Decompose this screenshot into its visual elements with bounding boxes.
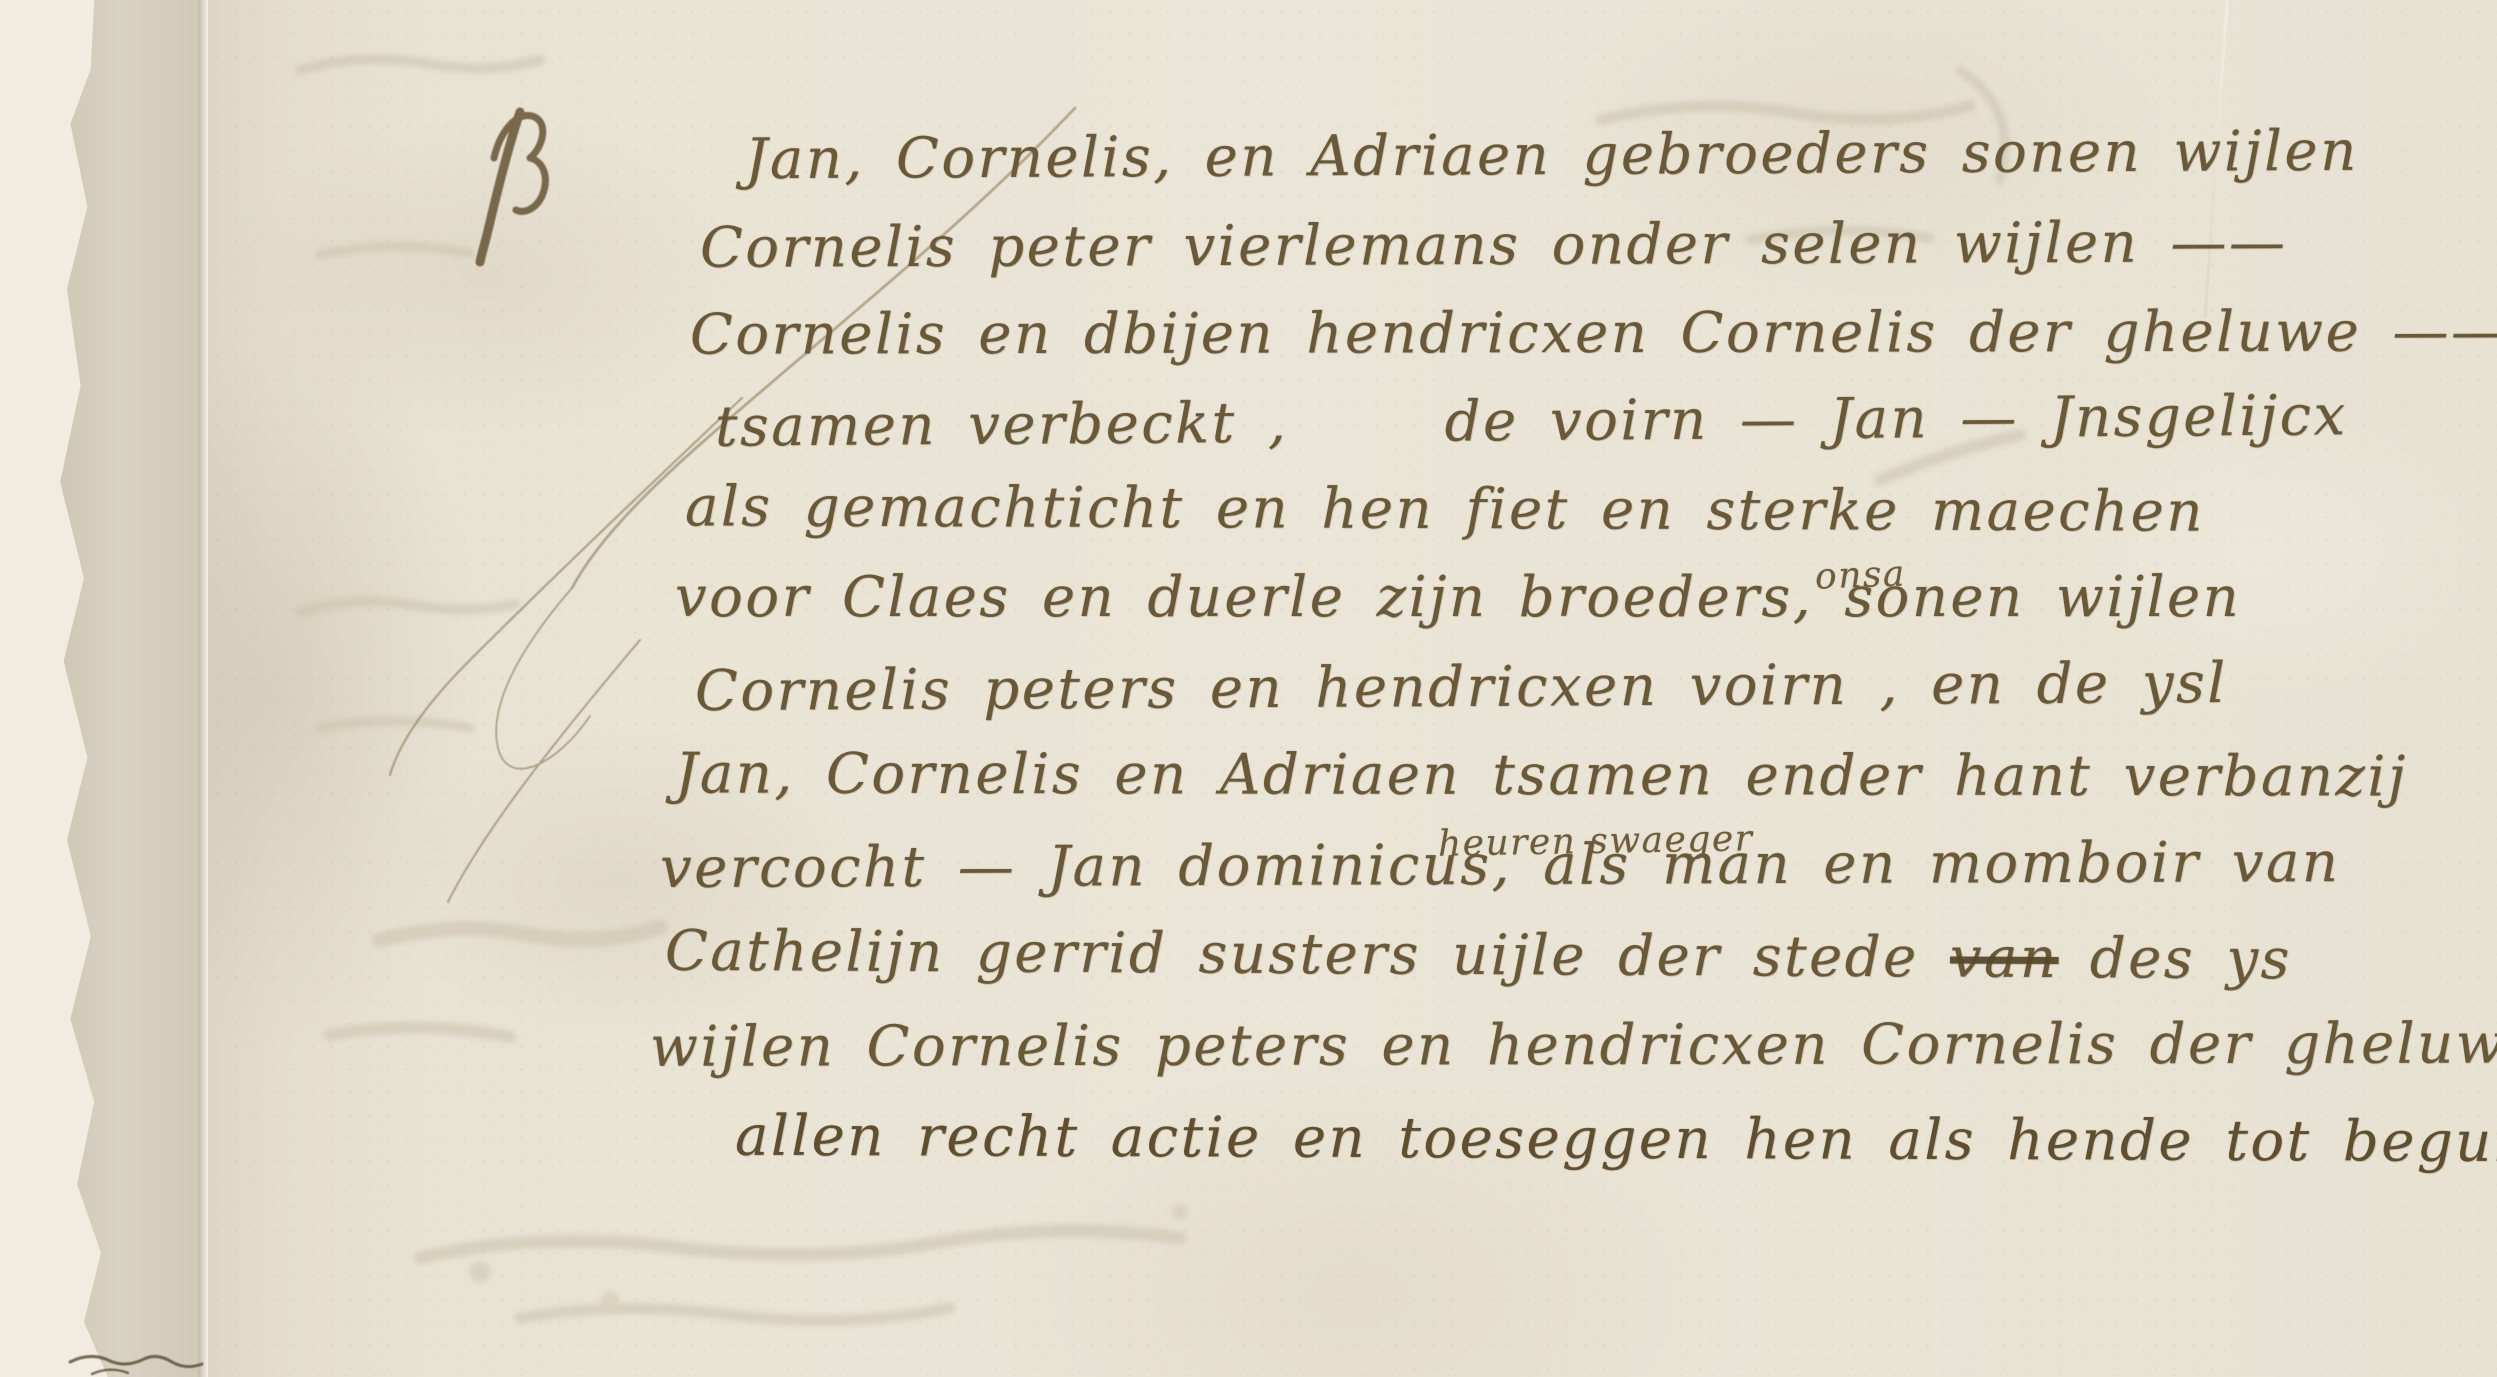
torn-page-edge	[50, 0, 220, 1377]
manuscript-line-5: als gemachticht en hen fiet en sterke ma…	[685, 479, 2205, 540]
manuscript-line-4: tsamen verbeckt , de voirn — Jan — Jnsge…	[715, 388, 2348, 455]
manuscript-line-8: Jan, Cornelis en Adriaen tsamen ender ha…	[675, 746, 2408, 805]
manuscript-line-12: allen recht actie en toeseggen hen als h…	[735, 1109, 2497, 1172]
manuscript-line-3: Cornelis en dbijen hendricxen Cornelis d…	[690, 304, 2497, 363]
interlinear-insertion-line-6: onsa	[1814, 556, 1906, 595]
manuscript-line-11: wijlen Cornelis peters en hendricxen Cor…	[650, 1016, 2497, 1075]
line-10-text-before: Cathelijn gerrid susters uijle der stede	[665, 919, 1950, 991]
manuscript-line-6: voor Claes en duerle zijn broeders, sone…	[675, 570, 2241, 626]
line-10-text-after: des ys	[2058, 926, 2292, 992]
manuscript-scan: Jan, Cornelis, en Adriaen gebroeders son…	[0, 0, 2497, 1377]
manuscript-line-7: Cornelis peters en hendricxen voirn , en…	[695, 656, 2228, 720]
manuscript-line-10: Cathelijn gerrid susters uijle der stede…	[665, 924, 2292, 989]
manuscript-line-2: Cornelis peter vierlemans onder selen wi…	[700, 215, 2288, 277]
struck-word: van	[1950, 925, 2059, 991]
interlinear-insertion-line-9: heuren swaeger	[1438, 821, 1754, 862]
manuscript-line-1: Jan, Cornelis, en Adriaen gebroeders son…	[745, 124, 2359, 188]
